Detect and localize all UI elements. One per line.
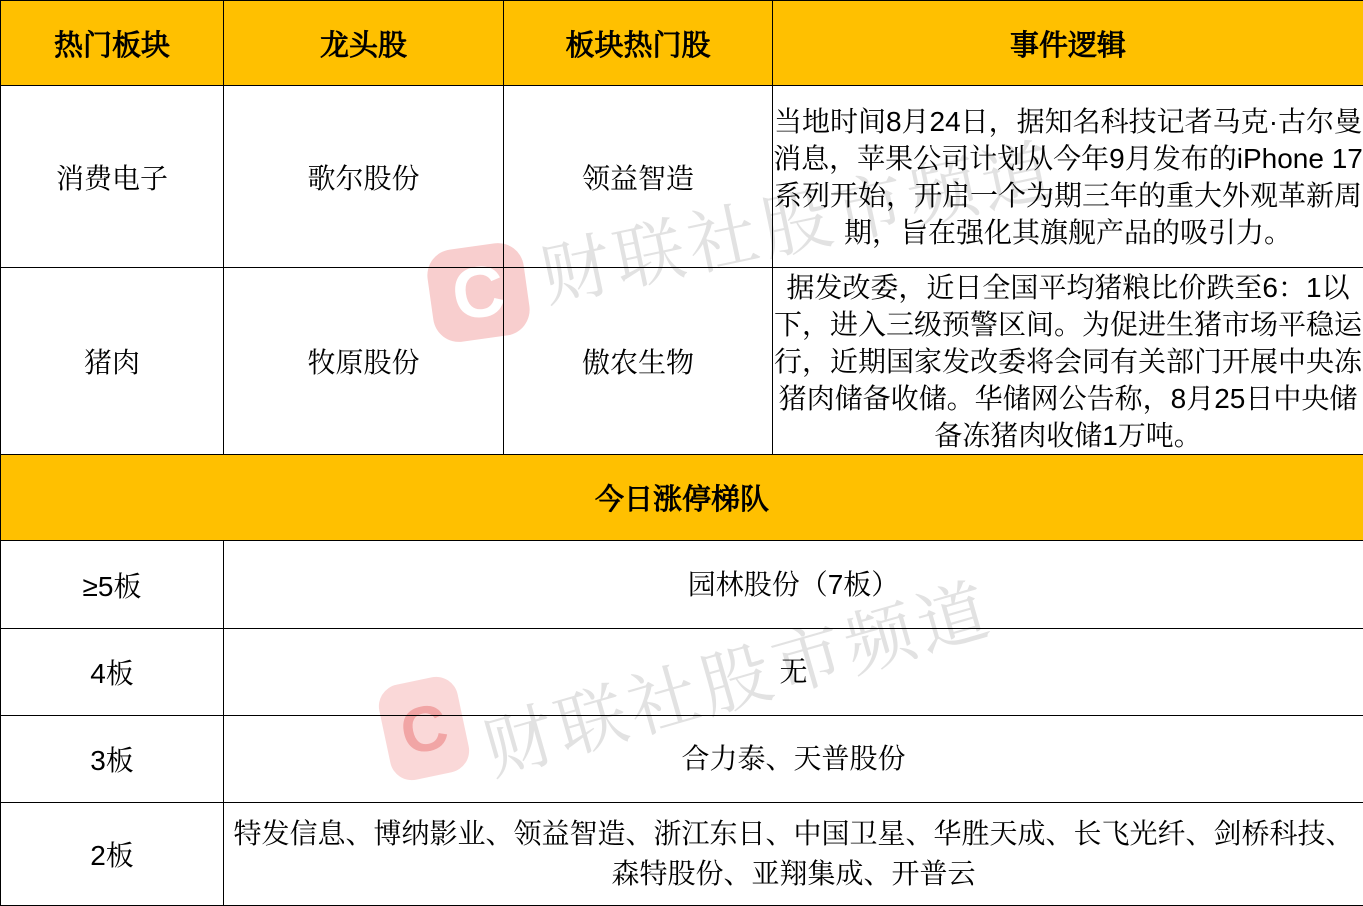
ladder-row: 2板 特发信息、博纳影业、领益智造、浙江东日、中国卫星、华胜天成、长飞光纤、剑桥… (1, 803, 1363, 906)
tier-stocks: 园林股份（7板） (224, 541, 1363, 629)
hot-sector-table: 热门板块 龙头股 板块热门股 事件逻辑 消费电子 歌尔股份 领益智造 当地时间8… (0, 0, 1363, 906)
ladder-row: 4板 无 (1, 629, 1363, 716)
table-row: 猪肉 牧原股份 傲农生物 据发改委，近日全国平均猪粮比价跌至6：1以下，进入三级… (1, 268, 1363, 455)
tier-stocks: 特发信息、博纳影业、领益智造、浙江东日、中国卫星、华胜天成、长飞光纤、剑桥科技、… (224, 803, 1363, 906)
section-title: 今日涨停梯队 (1, 455, 1363, 541)
leader-stock-cell: 歌尔股份 (224, 86, 504, 268)
event-logic-cell: 当地时间8月24日，据知名科技记者马克·古尔曼消息，苹果公司计划从今年9月发布的… (773, 86, 1363, 268)
ladder-row: 3板 合力泰、天普股份 (1, 716, 1363, 803)
sector-cell: 消费电子 (1, 86, 224, 268)
table-row: 消费电子 歌尔股份 领益智造 当地时间8月24日，据知名科技记者马克·古尔曼消息… (1, 86, 1363, 268)
tier-stocks: 无 (224, 629, 1363, 716)
leader-stock-cell: 牧原股份 (224, 268, 504, 455)
tier-label: 2板 (1, 803, 224, 906)
hot-stock-cell: 领益智造 (504, 86, 773, 268)
table-header-row: 热门板块 龙头股 板块热门股 事件逻辑 (1, 1, 1363, 86)
header-hot-sector: 热门板块 (1, 1, 224, 86)
limit-up-board-page: C 财联社股市频道 C 财联社股市频道 热门板块 龙头股 板块热门股 事件逻辑 … (0, 0, 1363, 906)
ladder-row: ≥5板 园林股份（7板） (1, 541, 1363, 629)
hot-stock-cell: 傲农生物 (504, 268, 773, 455)
header-event-logic: 事件逻辑 (773, 1, 1363, 86)
tier-stocks: 合力泰、天普股份 (224, 716, 1363, 803)
sector-cell: 猪肉 (1, 268, 224, 455)
tier-label: 3板 (1, 716, 224, 803)
tier-label: 4板 (1, 629, 224, 716)
section-header-row: 今日涨停梯队 (1, 455, 1363, 541)
header-leader-stock: 龙头股 (224, 1, 504, 86)
event-logic-cell: 据发改委，近日全国平均猪粮比价跌至6：1以下，进入三级预警区间。为促进生猪市场平… (773, 268, 1363, 455)
tier-label: ≥5板 (1, 541, 224, 629)
header-sector-hot-stock: 板块热门股 (504, 1, 773, 86)
